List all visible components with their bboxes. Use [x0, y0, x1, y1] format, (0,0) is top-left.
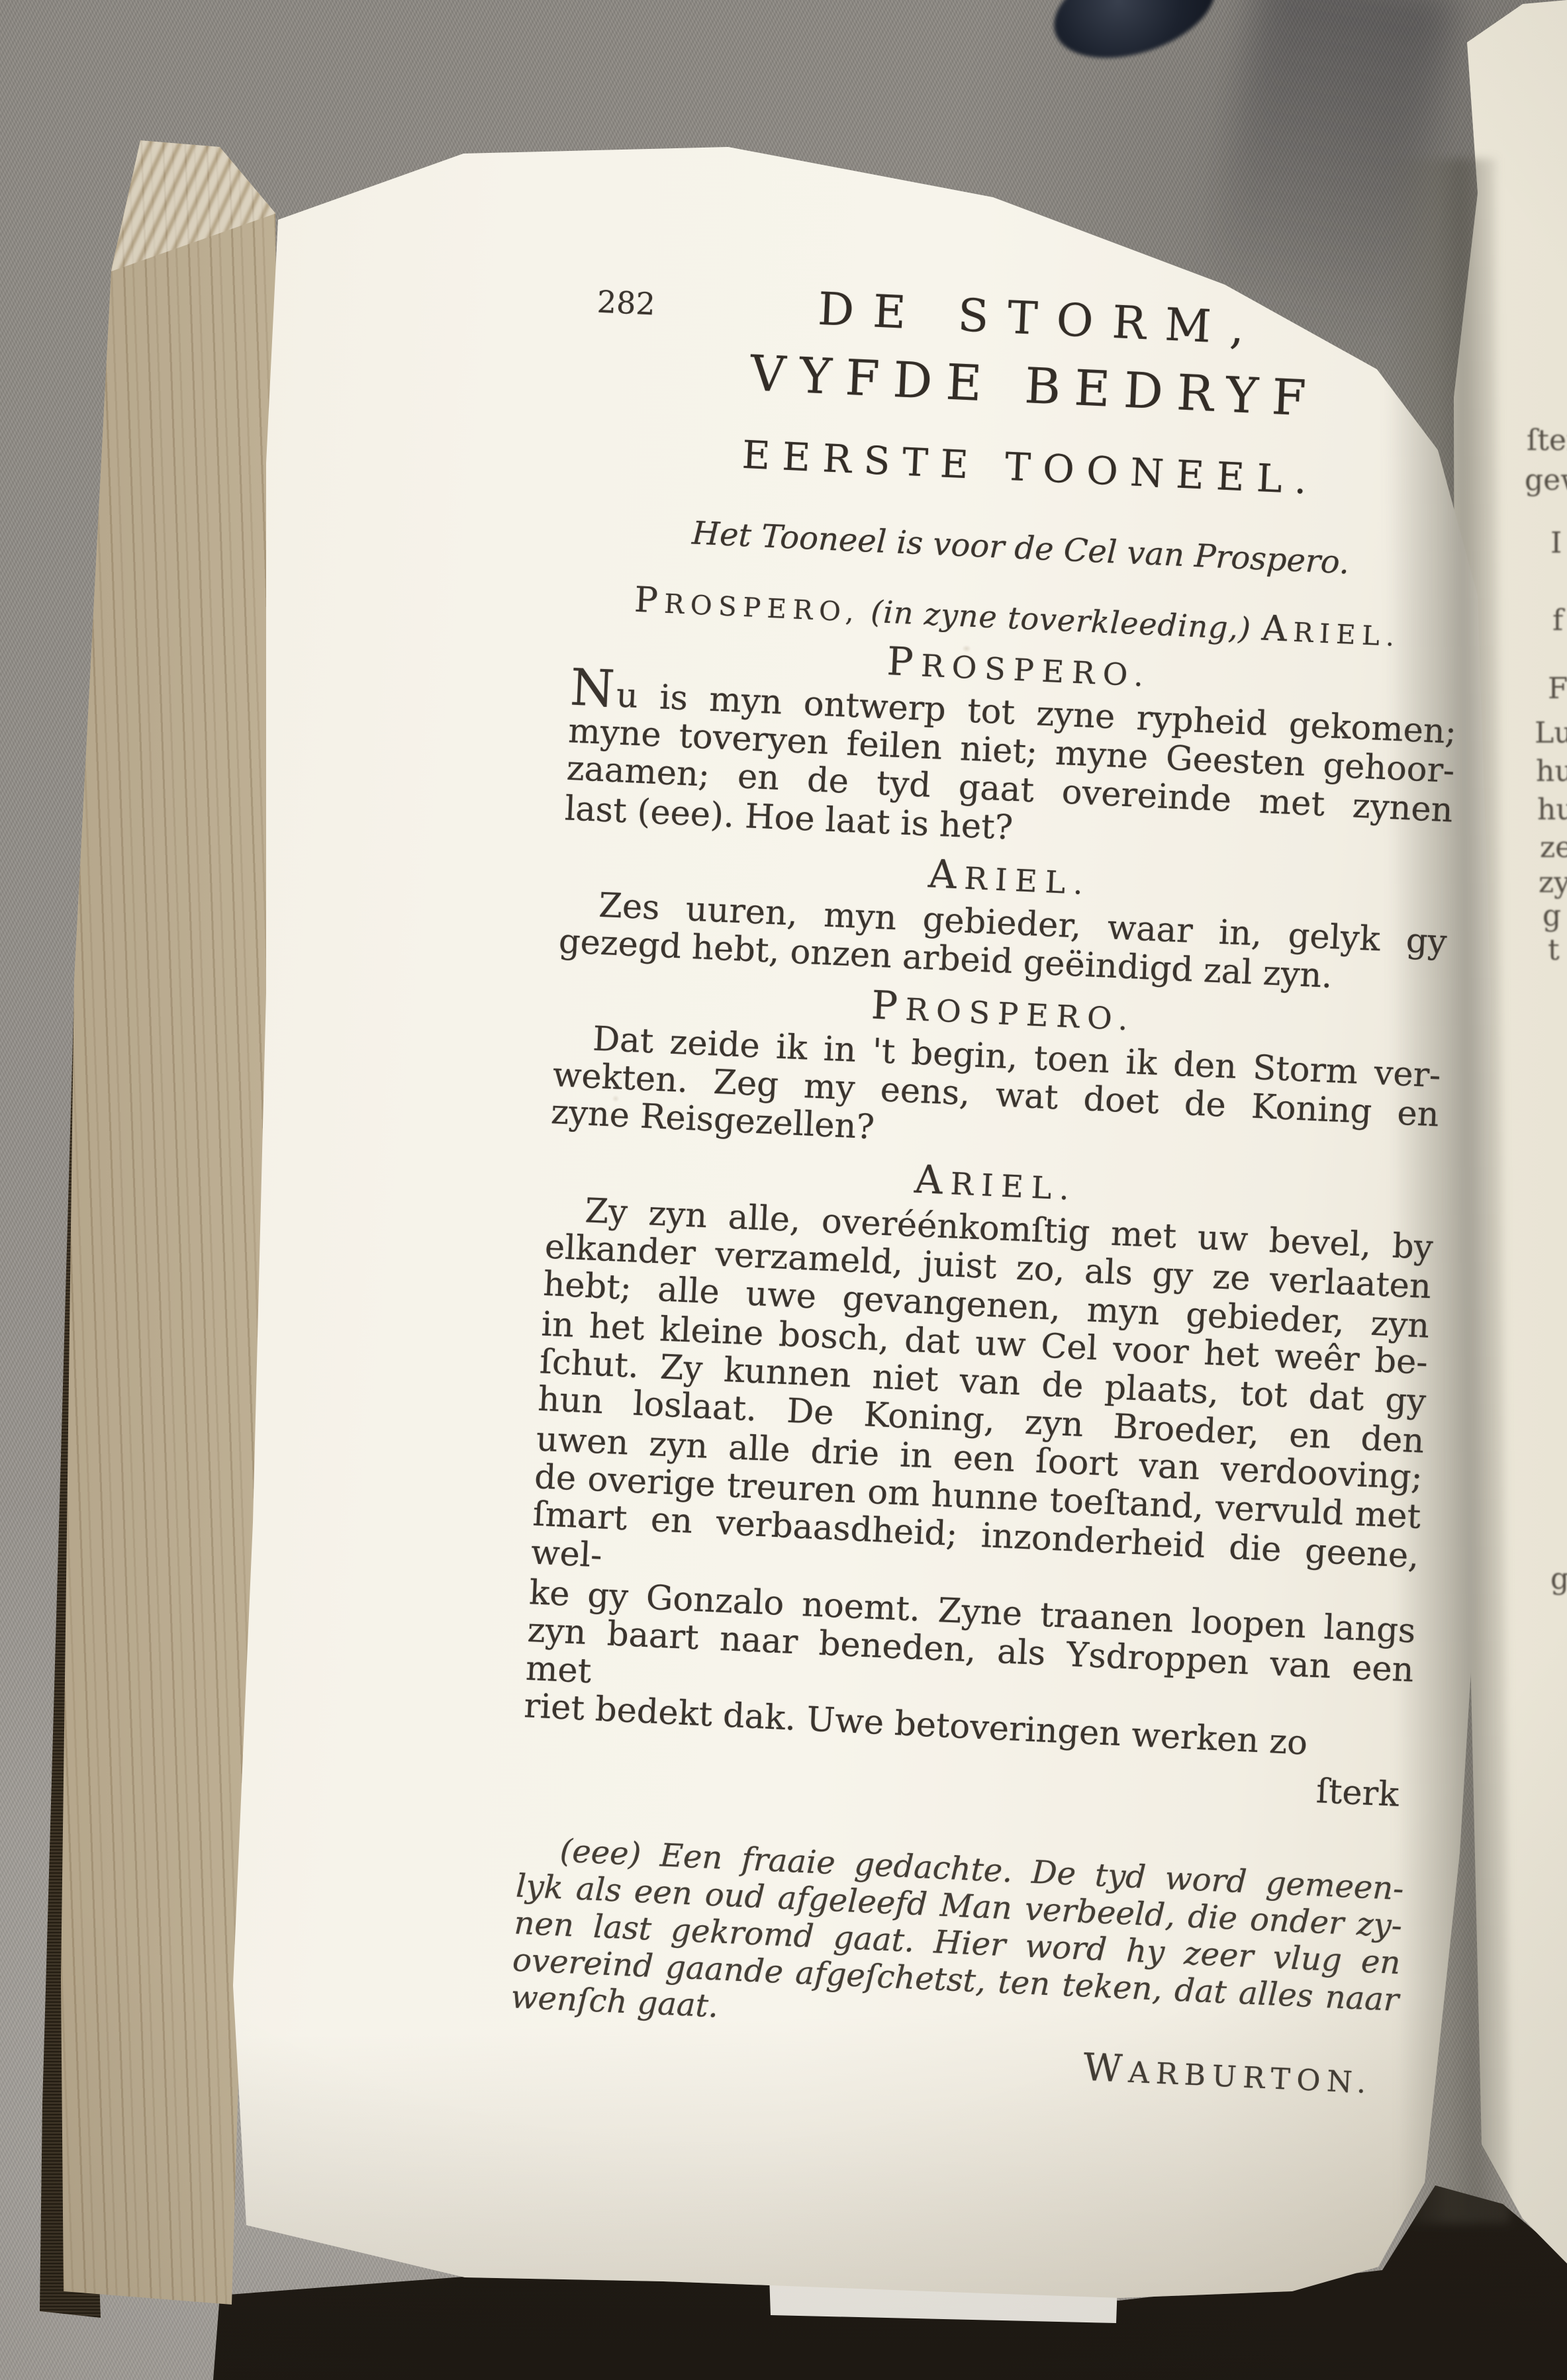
edge-text-fragment: f — [1552, 604, 1563, 637]
page-number: 282 — [596, 284, 656, 322]
scene-heading: EERSTE TOONEEL. — [580, 425, 1468, 510]
edge-text-fragment: ſter — [1527, 424, 1567, 457]
characters-stage-direction: (in zyne toverkleeding,) — [870, 594, 1252, 647]
edge-text-fragment: g — [1543, 899, 1561, 933]
edge-text-fragment: zy — [1539, 866, 1567, 899]
edge-text-fragment: ze — [1540, 831, 1567, 864]
character-name-ariel: Ariel. — [1260, 608, 1401, 655]
character-name-prospero: Prospero, — [634, 580, 861, 630]
edge-text-fragment: Lu — [1535, 716, 1567, 750]
edge-text-fragment: hu — [1537, 793, 1567, 827]
edge-text-fragment: F — [1548, 672, 1567, 706]
footnote: (eee) Een fraaie gedachte. De tyd word g… — [508, 1831, 1405, 2103]
stage-direction: Het Tooneel is voor de Cel van Prospero. — [577, 510, 1464, 587]
edge-text-fragment: hu — [1536, 755, 1567, 788]
book-photo: ſter gew I f F Lu hu hu ze zy g t g 282 … — [0, 0, 1567, 2380]
edge-text-fragment: g — [1550, 1562, 1567, 1596]
edge-text-fragment: I — [1550, 526, 1562, 560]
page-text: 282 DE STORM, VYFDE BEDRYF EERSTE TOONEE… — [508, 273, 1475, 2103]
edge-text-fragment: gew — [1525, 463, 1567, 497]
speech: Nu is myn ontwerp tot zyne rypheid gekom… — [564, 674, 1457, 868]
edge-text-fragment: t — [1548, 933, 1560, 967]
speech: Zy zyn alle, overéénkomſtig met uw bevel… — [523, 1190, 1433, 1767]
